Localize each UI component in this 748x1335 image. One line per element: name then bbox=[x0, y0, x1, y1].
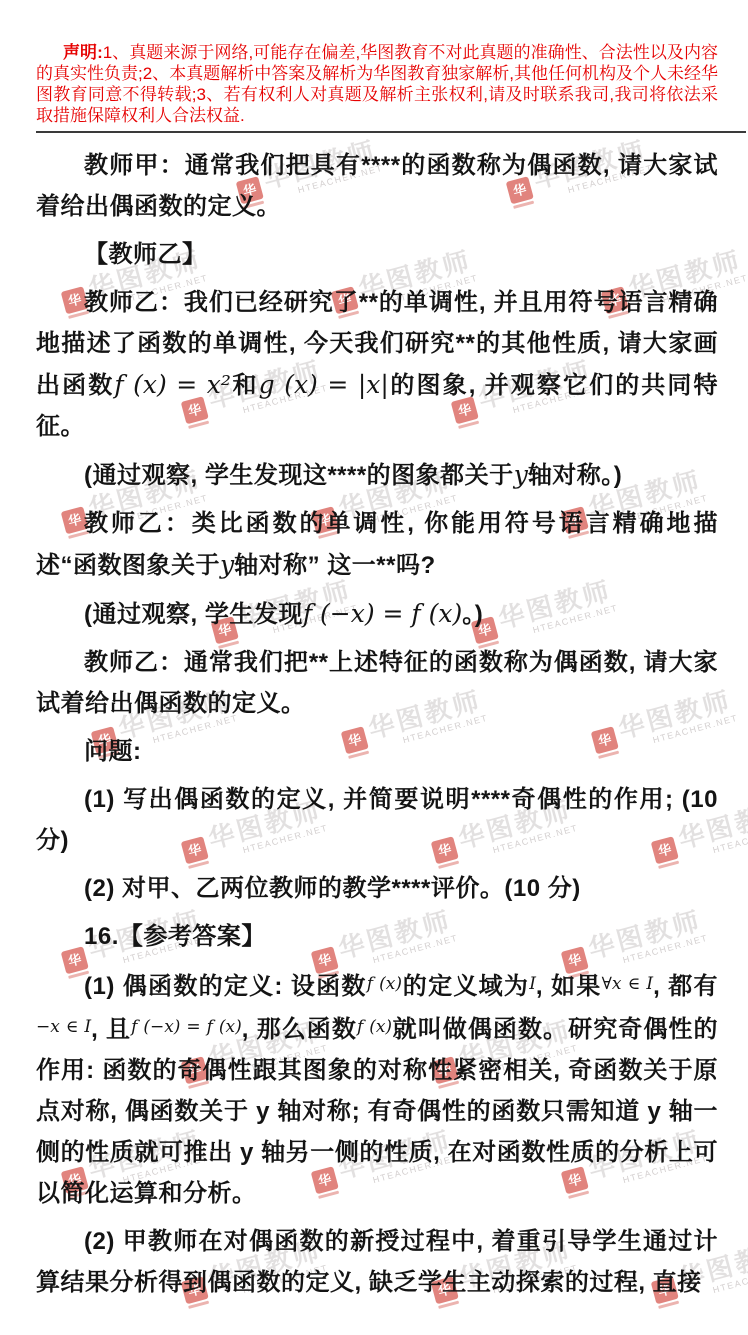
math-expression: f (x) = x² bbox=[114, 370, 231, 399]
text-segment: 。) bbox=[462, 601, 483, 628]
text-segment: 和 bbox=[231, 372, 259, 399]
math-expression: f (x) bbox=[367, 974, 402, 994]
text-segment: (2) 对甲、乙两位教师的教学****评价。(10 分) bbox=[84, 875, 581, 902]
document-page: 华华图教师HTEACHER.NET华华图教师HTEACHER.NET华华图教师H… bbox=[0, 0, 748, 1335]
text-segment: 轴对称” 这一**吗? bbox=[234, 552, 436, 579]
math-expression: y bbox=[514, 460, 528, 489]
paragraph-4: (通过观察, 学生发现这****的图象都关于y轴对称。) bbox=[36, 454, 718, 496]
paragraph-8: 问题: bbox=[36, 731, 718, 772]
paragraph-2: 【教师乙】 bbox=[36, 234, 718, 275]
math-expression: y bbox=[220, 550, 234, 579]
text-segment: , 如果 bbox=[536, 973, 602, 1000]
document-content: 声明:1、真题来源于网络,可能存在偏差,华图教育不对此真题的准确性、合法性以及内… bbox=[0, 0, 748, 1303]
paragraph-6: (通过观察, 学生发现f (−x) = f (x)。) bbox=[36, 593, 718, 635]
disclaimer-text: 1、真题来源于网络,可能存在偏差,华图教育不对此真题的准确性、合法性以及内容的真… bbox=[36, 43, 718, 125]
math-expression: f (−x) = f (x) bbox=[303, 599, 462, 628]
math-expression: f (x) bbox=[357, 1017, 392, 1037]
text-segment: (1) 写出偶函数的定义, 并简要说明****奇偶性的作用; (10 分) bbox=[36, 786, 718, 854]
math-expression: −x ∈ I bbox=[36, 1017, 91, 1037]
paragraph-13: (2) 甲教师在对偶函数的新授过程中, 着重引导学生通过计算结果分析得到偶函数的… bbox=[36, 1221, 718, 1303]
text-segment: (2) 甲教师在对偶函数的新授过程中, 着重引导学生通过计算结果分析得到偶函数的… bbox=[36, 1228, 718, 1296]
text-segment: (1) 偶函数的定义: 设函数 bbox=[84, 973, 367, 1000]
paragraph-12: (1) 偶函数的定义: 设函数f (x)的定义域为I, 如果∀x ∈ I, 都有… bbox=[36, 964, 718, 1214]
text-segment: 问题: bbox=[84, 738, 142, 765]
text-segment: , 那么函数 bbox=[242, 1016, 357, 1043]
math-expression: I bbox=[529, 974, 536, 994]
paragraph-11: 16.【参考答案】 bbox=[36, 916, 718, 957]
paragraph-5: 教师乙：类比函数的单调性, 你能用符号语言精确地描述“函数图象关于y轴对称” 这… bbox=[36, 503, 718, 586]
text-segment: , 且 bbox=[91, 1016, 131, 1043]
text-segment: 的定义域为 bbox=[402, 973, 529, 1000]
disclaimer-label: 声明: bbox=[63, 43, 103, 62]
document-body: 教师甲：通常我们把具有****的函数称为偶函数, 请大家试着给出偶函数的定义。【… bbox=[36, 143, 718, 1303]
math-expression: g (x) = |x| bbox=[259, 370, 389, 399]
paragraph-9: (1) 写出偶函数的定义, 并简要说明****奇偶性的作用; (10 分) bbox=[36, 779, 718, 861]
paragraph-7: 教师乙：通常我们把**上述特征的函数称为偶函数, 请大家试着给出偶函数的定义。 bbox=[36, 642, 718, 724]
divider-rule bbox=[36, 131, 746, 133]
paragraph-3: 教师乙：我们已经研究了**的单调性, 并且用符号语言精确地描述了函数的单调性, … bbox=[36, 282, 718, 447]
text-segment: , 都有 bbox=[653, 973, 718, 1000]
math-expression: ∀x ∈ I bbox=[602, 974, 654, 994]
text-segment: 教师甲：通常我们把具有****的函数称为偶函数, 请大家试着给出偶函数的定义。 bbox=[36, 152, 718, 220]
text-segment: (通过观察, 学生发现这****的图象都关于 bbox=[84, 462, 514, 489]
paragraph-1: 教师甲：通常我们把具有****的函数称为偶函数, 请大家试着给出偶函数的定义。 bbox=[36, 145, 718, 227]
math-expression: f (−x) = f (x) bbox=[131, 1017, 242, 1037]
text-segment: 轴对称。) bbox=[528, 462, 623, 489]
text-segment: 教师乙：通常我们把**上述特征的函数称为偶函数, 请大家试着给出偶函数的定义。 bbox=[36, 649, 718, 717]
text-segment: 【教师乙】 bbox=[84, 241, 207, 268]
disclaimer: 声明:1、真题来源于网络,可能存在偏差,华图教育不对此真题的准确性、合法性以及内… bbox=[36, 42, 718, 126]
text-segment: (通过观察, 学生发现 bbox=[84, 601, 303, 628]
paragraph-10: (2) 对甲、乙两位教师的教学****评价。(10 分) bbox=[36, 868, 718, 909]
text-segment: 16.【参考答案】 bbox=[84, 923, 266, 950]
text-segment: 就叫做偶函数。研究奇偶性的作用: 函数的奇偶性跟其图象的对称性紧密相关, 奇函数… bbox=[36, 1016, 718, 1207]
